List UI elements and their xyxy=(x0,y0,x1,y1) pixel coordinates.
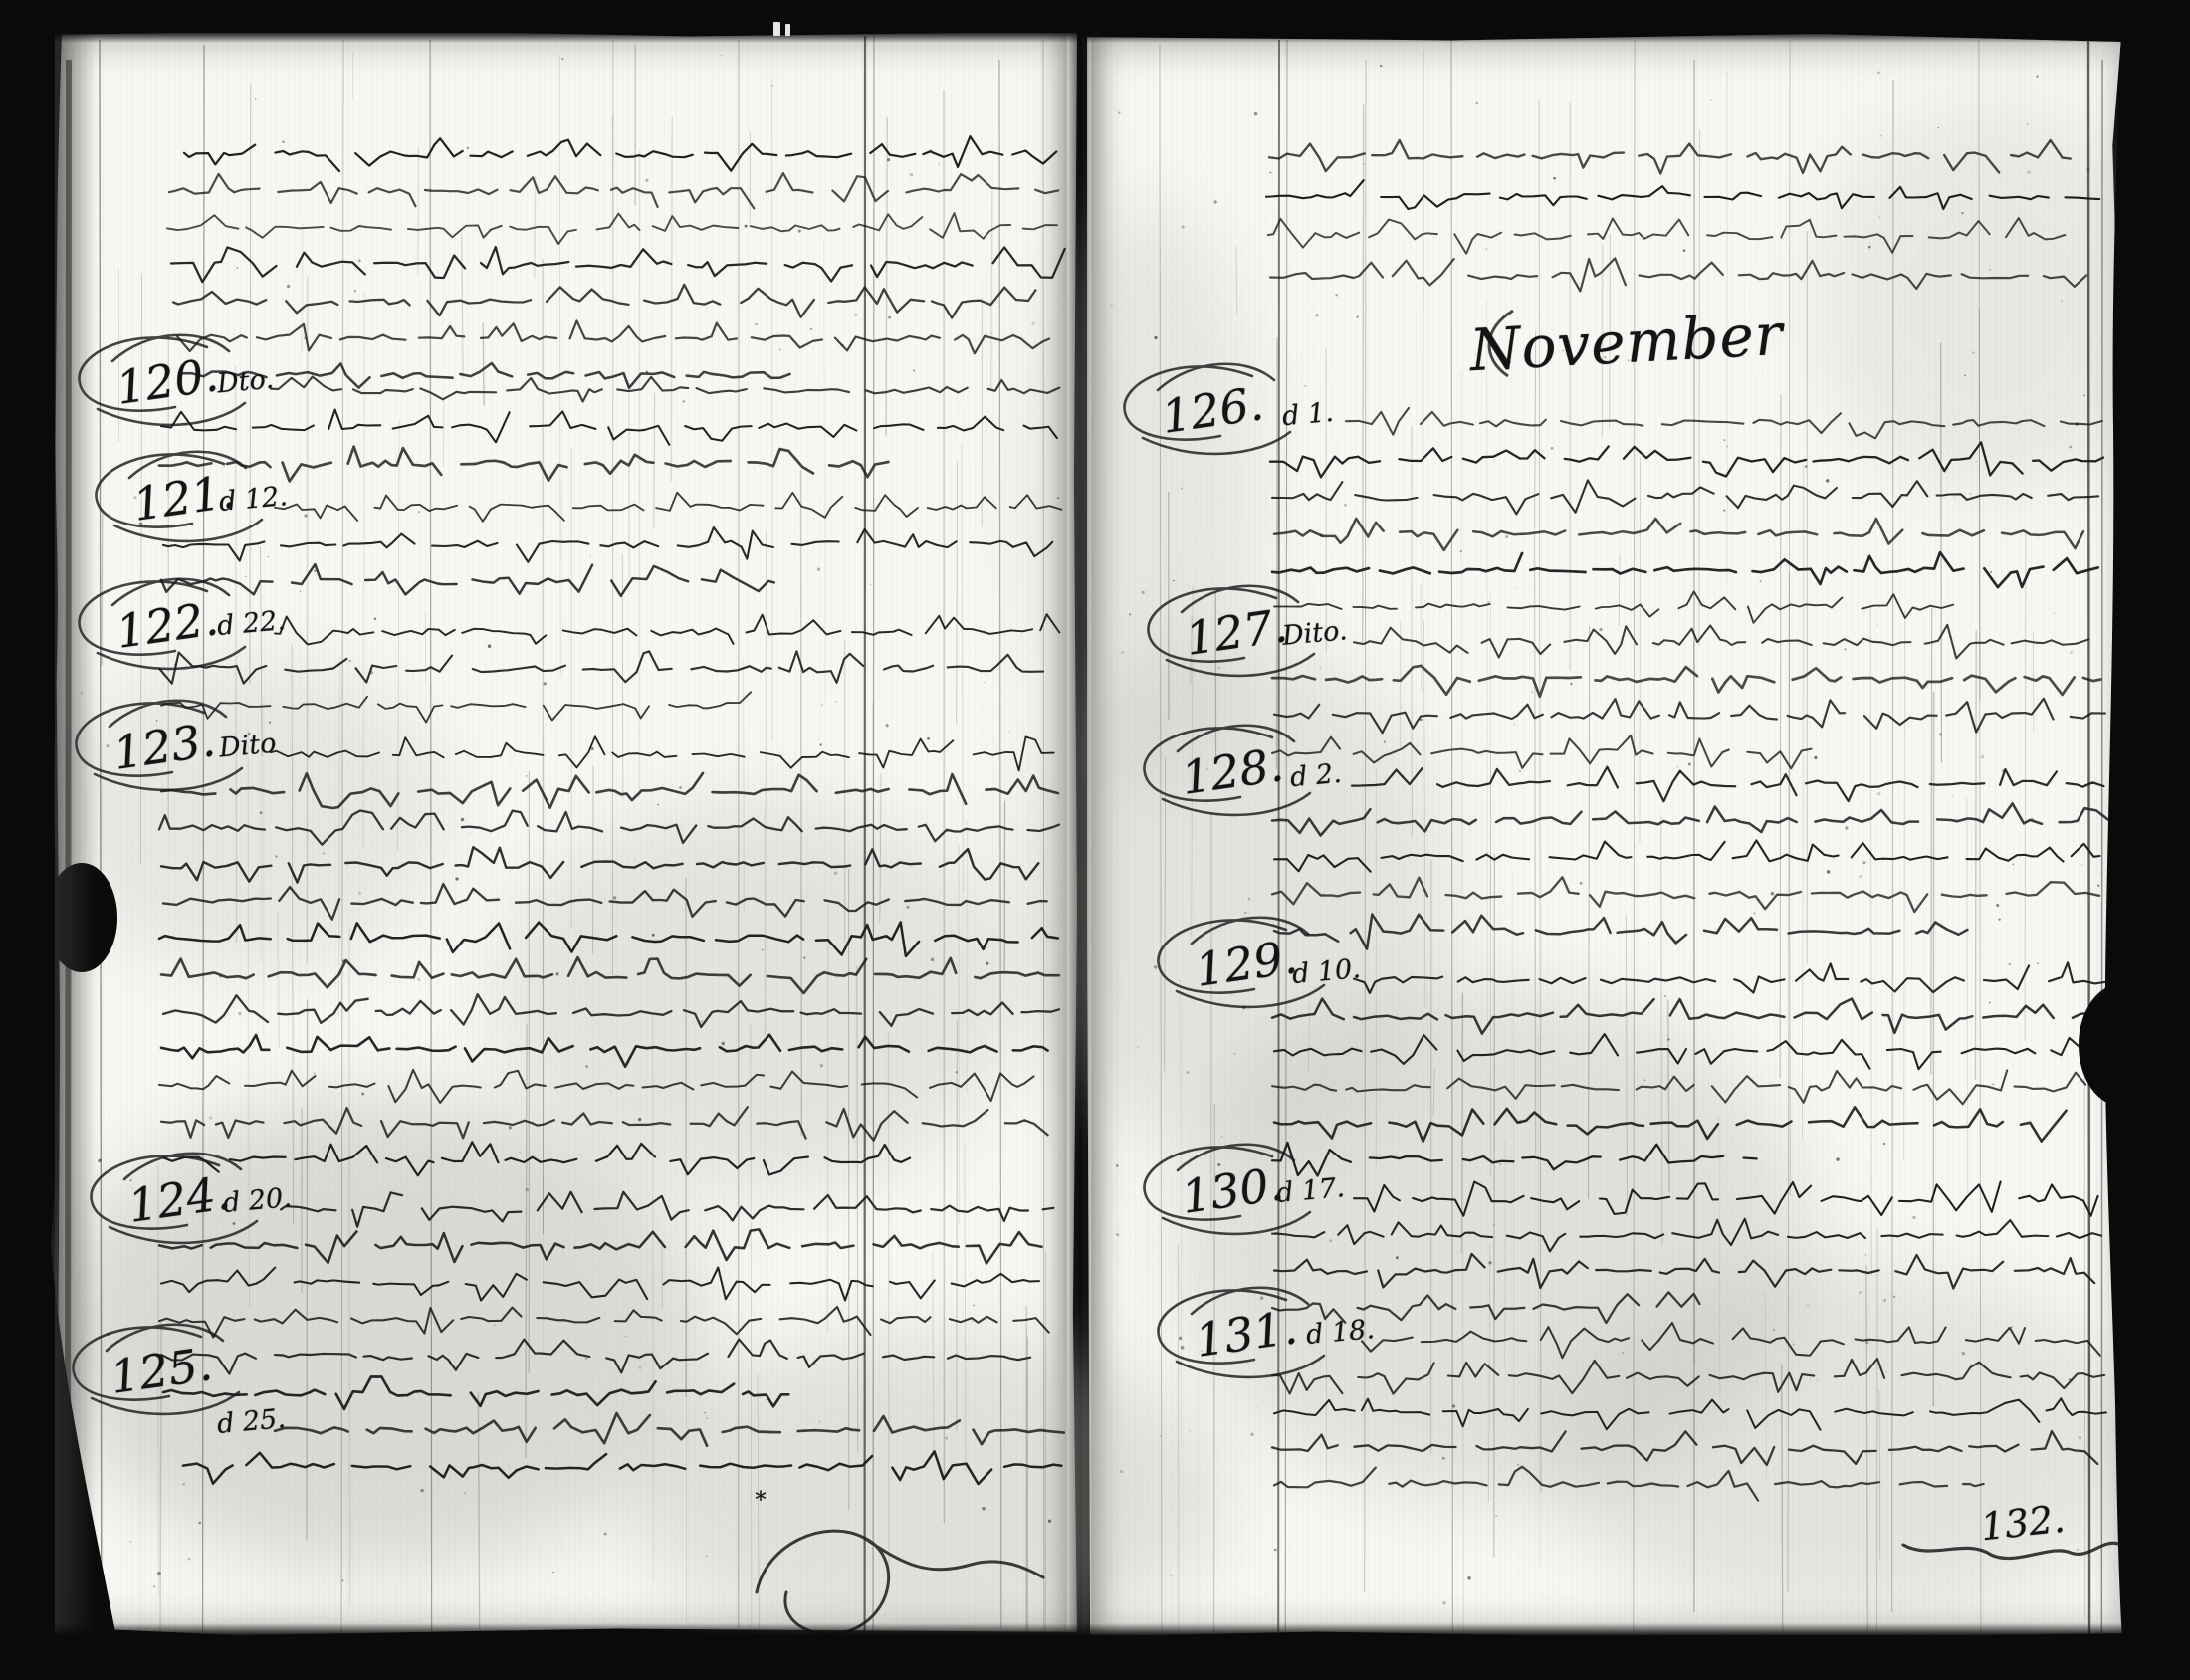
entry-number: 131. xyxy=(1193,1300,1301,1367)
footnote-mark: * xyxy=(756,1489,766,1514)
film-top-border xyxy=(0,0,2190,33)
film-bottom-border-fade xyxy=(0,1623,2190,1635)
entry-number: 129. xyxy=(1193,930,1301,997)
entry-number: 120. xyxy=(113,347,222,415)
legible-text-layer: November 132. * 120.Dto.121.d 12.122.d 2… xyxy=(0,0,2190,1680)
entry-number: 126. xyxy=(1159,376,1267,444)
entry-number: 122. xyxy=(113,591,222,659)
entry-number: 123. xyxy=(110,713,219,780)
entry-date-marker: d 12. xyxy=(218,481,289,518)
film-top-border-fade xyxy=(0,33,2190,43)
entry-number: 130. xyxy=(1179,1156,1287,1224)
entry-date-marker: d 20. xyxy=(222,1182,293,1219)
month-heading: November xyxy=(1468,301,1785,384)
page-number: 132. xyxy=(1979,1497,2068,1550)
page-top-edge-notch xyxy=(785,24,790,36)
entry-date-marker: Dto. xyxy=(216,364,275,400)
film-bottom-border xyxy=(0,1635,2190,1680)
entry-number: 127. xyxy=(1183,598,1291,666)
entry-date-marker: d 25. xyxy=(216,1403,287,1440)
entry-number: 125. xyxy=(108,1337,216,1404)
entry-date-marker: Dito xyxy=(218,729,278,764)
entry-number: 128. xyxy=(1179,737,1287,805)
entry-date-marker: d 17. xyxy=(1275,1172,1346,1209)
entry-date-marker: d 2. xyxy=(1289,758,1343,793)
entry-number: 124. xyxy=(125,1165,234,1233)
microfilm-frame: November 132. * 120.Dto.121.d 12.122.d 2… xyxy=(0,0,2190,1680)
entry-date-marker: d 10. xyxy=(1291,953,1362,990)
entry-date-marker: Dito. xyxy=(1281,615,1349,652)
entry-date-marker: d 1. xyxy=(1281,397,1335,432)
page-top-edge-notch xyxy=(773,22,780,36)
entry-date-marker: d 18. xyxy=(1305,1314,1376,1351)
entry-date-marker: d 22. xyxy=(216,605,287,642)
